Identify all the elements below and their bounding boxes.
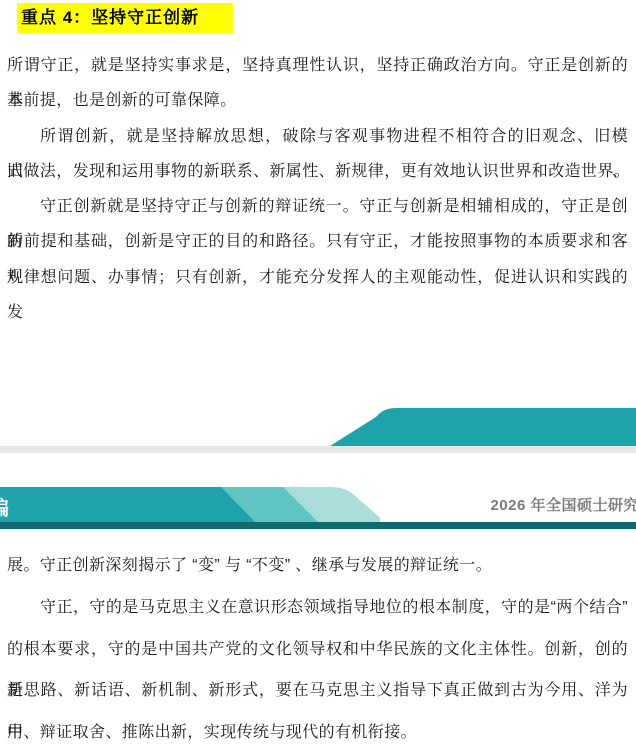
text-line: 新思路、新话语、新机制、新形式，要在马克思主义指导下真正做到古为今用、洋为中 xyxy=(7,670,628,712)
text-line: 守正创新就是坚持守正与创新的辩证统一。守正与创新是相辅相成的，守正是创新 xyxy=(7,189,628,224)
text-line: 本前提，也是创新的可靠保障。 xyxy=(7,83,628,118)
text-line: 的前提和基础，创新是守正的目的和路径。只有守正，才能按照事物的本质要求和客观 xyxy=(7,224,628,259)
text-line: 展。守正创新深刻揭示了 “变” 与 “不变” 、继承与发展的辩证统一。 xyxy=(7,545,628,587)
header-partial-label: 编 xyxy=(0,492,9,521)
footer-wave-svg xyxy=(330,408,636,446)
text-line: 规律想问题、办事情；只有创新，才能充分发挥人的主观能动性，促进认识和实践的发 xyxy=(7,260,628,295)
footer-wave-shape xyxy=(330,408,636,446)
header-rule-line xyxy=(0,522,636,529)
document-viewport: 重点 4：坚持守正创新 所谓守正，就是坚持实事求是，坚持真理性认识，坚持正确政治… xyxy=(0,0,636,752)
page-1-text: 所谓守正，就是坚持实事求是，坚持真理性认识，坚持正确政治方向。守正是创新的基 本… xyxy=(7,48,628,295)
header-wave-svg xyxy=(0,487,380,522)
page-2-text: 展。守正创新深刻揭示了 “变” 与 “不变” 、继承与发展的辩证统一。 守正，守… xyxy=(7,545,628,752)
section-heading-highlight: 重点 4：坚持守正创新 xyxy=(17,3,233,33)
page-header-title: 2026 年全国硕士研究 xyxy=(490,494,636,515)
text-line: 用、辩证取舍、推陈出新，实现传统与现代的有机衔接。 xyxy=(7,712,628,752)
header-wave-shape xyxy=(0,487,380,522)
text-line: 所谓创新，就是坚持解放思想，破除与客观事物进程不相符合的旧观念、旧模式、 xyxy=(7,119,628,154)
text-line: 所谓守正，就是坚持实事求是，坚持真理性认识，坚持正确政治方向。守正是创新的基 xyxy=(7,48,628,83)
text-line: 守正，守的是马克思主义在意识形态领域指导地位的根本制度，守的是“两个结合” xyxy=(7,587,628,629)
page-gap-separator xyxy=(0,446,636,453)
text-line: 旧做法，发现和运用事物的新联系、新属性、新规律，更有效地认识世界和改造世界。 xyxy=(7,154,628,189)
text-line: 的根本要求，守的是中国共产党的文化领导权和中华民族的文化主体性。创新，创的是 xyxy=(7,629,628,671)
